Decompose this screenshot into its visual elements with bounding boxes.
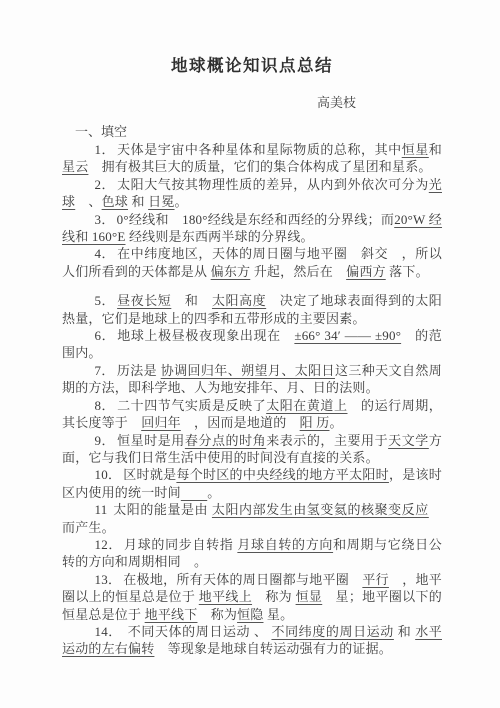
items-list: 1．天体是宇宙中各种星体和星际物质的总称，其中恒星和星云 拥有极其巨大的质量，它… xyxy=(62,141,442,658)
section-heading: 一、填空 xyxy=(62,121,442,140)
answer-blank: 偏东方 xyxy=(211,264,251,279)
item-text: 。 xyxy=(329,415,342,430)
item-text: 历法是 xyxy=(117,363,161,378)
item-number: 14． xyxy=(95,624,124,639)
answer-blank: 恒星 xyxy=(402,142,429,157)
answer-blank: 天文学 xyxy=(388,433,429,448)
item-text: 落下。 xyxy=(386,264,429,279)
page-title: 地球概论知识点总结 xyxy=(62,52,442,76)
answer-blank: 阳 历 xyxy=(300,415,330,430)
item-text: 来表示的，主要用于 xyxy=(266,433,388,448)
answer-blank: 太阳在黄道上 xyxy=(266,398,347,413)
answer-blank: 春分点的时角 xyxy=(185,433,266,448)
author-name: 高美枝 xyxy=(62,92,356,111)
item-text: 。 xyxy=(207,485,220,500)
item-text: 升起，然后在 xyxy=(250,264,346,279)
answer-blank: 偏西方 xyxy=(346,264,386,279)
item-text: 拥有极其巨大的质量，它们的集合体构成了星团和星系。 xyxy=(88,159,431,174)
item-number: 2． xyxy=(95,177,118,192)
answer-blank: 恒显 xyxy=(296,589,323,604)
item-text: ，因而是地道的 xyxy=(181,415,300,430)
answer-blank: 太阳高度 xyxy=(212,293,266,308)
list-item: 4．在中纬度地区，天体的周日圈与地平圈 斜交 ，所以人们所看到的天体都是从 偏东… xyxy=(62,245,442,280)
answer-blank: 地平线下 xyxy=(145,607,198,622)
item-number: 6． xyxy=(95,328,118,343)
answer-blank: 日冕 xyxy=(148,194,174,209)
answer-blank: 恒隐 xyxy=(237,607,263,622)
list-item: 6．地球上极昼极夜现象出现在 ±66° 34′ —— ±90° 的范围内。 xyxy=(62,327,442,362)
list-item: 1．天体是宇宙中各种星体和星际物质的总称，其中恒星和星云 拥有极其巨大的质量，它… xyxy=(62,141,442,176)
item-number: 7． xyxy=(95,363,117,378)
item-text: 太阳大气按其物理性质的差异，从内到外依次可分为 xyxy=(117,177,429,192)
item-text: 区时就是 xyxy=(123,467,176,482)
item-text: 星。 xyxy=(263,607,293,622)
item-text: 地球上极昼极夜现象出现在 xyxy=(117,328,294,343)
item-number: 1． xyxy=(95,142,118,157)
list-item: 9．恒星时是用春分点的时角来表示的，主要用于天文学方面，它与我们日常生活中使用的… xyxy=(62,432,442,467)
item-text: 不同天体的周日运动 、 xyxy=(124,624,272,639)
list-item: 8．二十四节气实质是反映了太阳在黄道上 的运行周期，其长度等于 回归年 ，因而是… xyxy=(62,397,442,432)
item-number: 8． xyxy=(95,398,118,413)
list-item: 5．昼夜长短 和 太阳高度 决定了地球表面得到的太阳热量，它们是地球上的四季和五… xyxy=(62,292,442,327)
list-item: 3．0°经线和 180°经线是东经和西经的分界线；而20°W 经线和 160°E… xyxy=(62,211,442,246)
item-text: 太阳的能量是由 xyxy=(109,502,212,517)
answer-blank: 不同纬度的周日运动 xyxy=(271,624,393,639)
item-number: 9． xyxy=(95,433,118,448)
item-text: 在极地，所有天体的周日圈都与地平圈 xyxy=(123,572,362,587)
answer-blank: 平行 xyxy=(362,572,389,587)
item-text: 等现象是地球自转运动强有力的证据。 xyxy=(154,641,392,656)
item-text: 和 xyxy=(171,293,212,308)
answer-blank: 回归年 xyxy=(141,415,181,430)
item-number: 13． xyxy=(95,572,124,587)
item-text: 天体是宇宙中各种星体和星际物质的总称，其中 xyxy=(117,142,402,157)
item-text: 称为 xyxy=(197,607,237,622)
list-item: 11 太阳的能量是由 太阳内部发生由氢变氦的核聚变反应 而产生。 xyxy=(62,501,442,536)
list-item: 14． 不同天体的周日运动 、 不同纬度的周日运动 和 水平运动的左右偏转 等现… xyxy=(62,623,442,658)
item-text: 。 xyxy=(175,194,188,209)
answer-blank: 协调回归年、朔望月、太阳日 xyxy=(161,363,335,378)
item-text: 经线则是东西两半球的分界线。 xyxy=(126,229,314,244)
list-item: 13．在极地，所有天体的周日圈都与地平圈 平行 ，地平圈以上的恒星总是位于 地平… xyxy=(62,571,442,623)
item-text: 恒星时是用 xyxy=(117,433,185,448)
answer-blank xyxy=(181,485,207,500)
answer-blank: 月球自转的方向 xyxy=(237,537,333,552)
item-number: 4． xyxy=(95,246,118,261)
item-number: 12． xyxy=(95,537,125,552)
item-text: 和 xyxy=(128,194,148,209)
item-number: 11 xyxy=(95,502,110,517)
list-item: 10．区时就是每个时区的中央经线的地方平太阳时，是该时区内使用的统一时间 。 xyxy=(62,466,442,501)
item-text: 二十四节气实质是反映了 xyxy=(117,398,266,413)
item-text: 和 xyxy=(429,142,442,157)
item-text: 和 xyxy=(394,624,415,639)
answer-blank: 昼夜长短 xyxy=(117,293,171,308)
answer-blank: 每个时区的中央经线的地方平太阳时 xyxy=(176,467,389,482)
item-number: 10． xyxy=(95,467,124,482)
list-item: 2．太阳大气按其物理性质的差异，从内到外依次可分为光球 、色球 和 日冕。 xyxy=(62,176,442,211)
document-page: 地球概论知识点总结 高美枝 一、填空 1．天体是宇宙中各种星体和星际物质的总称，… xyxy=(0,0,500,708)
list-item: 7．历法是 协调回归年、朔望月、太阳日这三种天文自然周期的方法，即科学地、人为地… xyxy=(62,362,442,397)
answer-blank: 星云 xyxy=(62,159,88,174)
item-number: 3． xyxy=(95,212,117,227)
answer-blank: ±66° 34′ —— ±90° xyxy=(294,328,401,343)
list-item: 12．月球的同步自转指 月球自转的方向和周期与它绕日公转的方向和周期相同 。 xyxy=(62,536,442,571)
item-text: 、 xyxy=(75,194,101,209)
item-number: 5． xyxy=(95,293,118,308)
answer-blank: 太阳内部发生由氢变氦的核聚变反应 xyxy=(212,502,429,517)
item-text: 月球的同步自转指 xyxy=(124,537,237,552)
answer-blank: 地平线上 xyxy=(199,589,252,604)
answer-blank: 色球 xyxy=(102,194,128,209)
item-text: 0°经线和 180°经线是东经和西经的分界线；而 xyxy=(117,212,395,227)
item-text: 称为 xyxy=(252,589,296,604)
